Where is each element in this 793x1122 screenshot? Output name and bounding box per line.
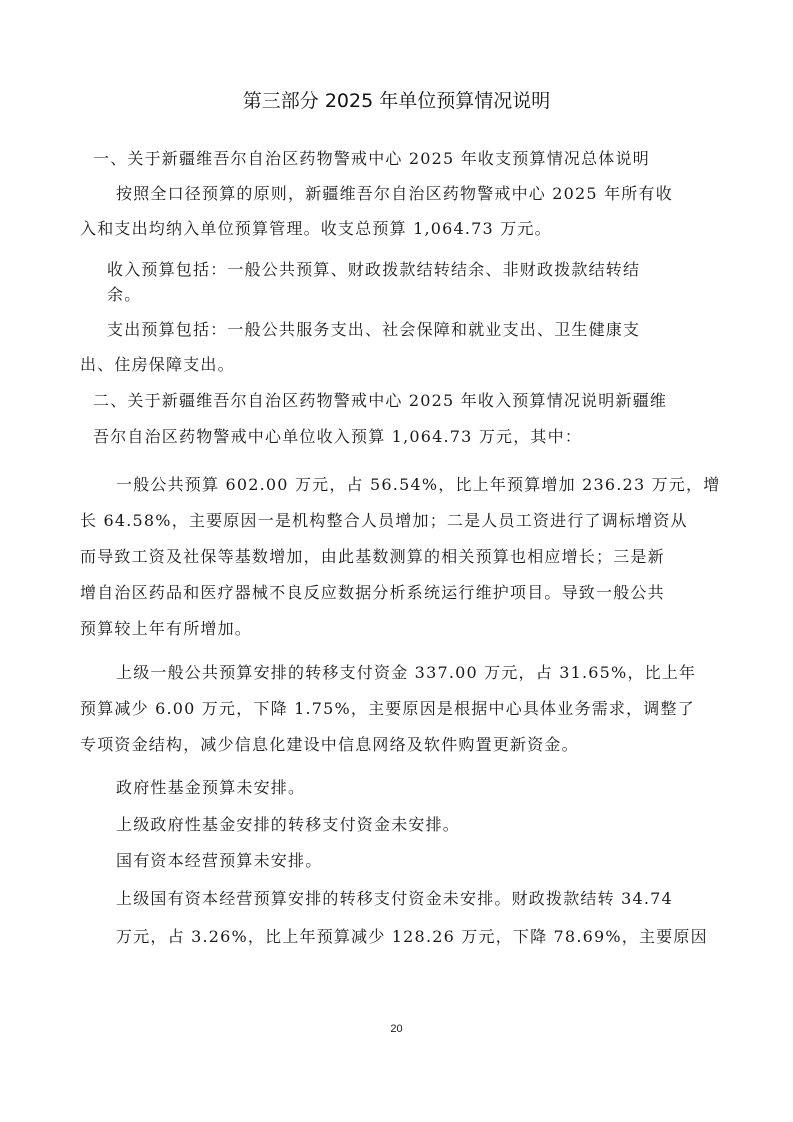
text-line: 余。 — [107, 285, 141, 305]
text-line: 而导致工资及社保等基数增加，由此基数测算的相关预算也相应增长；三是新 — [80, 547, 665, 567]
text-line: 上级政府性基金安排的转移支付资金未安排。 — [116, 815, 460, 835]
text-line: 一、关于新疆维吾尔自治区药物警戒中心 2025 年收支预算情况总体说明 — [93, 149, 650, 169]
text-line: 政府性基金预算未安排。 — [116, 778, 305, 798]
text-line: 吾尔自治区药物警戒中心单位收入预算 1,064.73 万元，其中： — [93, 427, 582, 447]
text-line: 收入预算包括：一般公共预算、财政拨款结转结余、非财政拨款结转结 — [107, 260, 640, 280]
text-line: 上级国有资本经营预算安排的转移支付资金未安排。财政拨款结转 34.74 — [116, 889, 673, 909]
text-line: 万元，占 3.26%，比上年预算减少 128.26 万元，下降 78.69%，主… — [116, 927, 708, 947]
text-line: 预算减少 6.00 万元，下降 1.75%，主要原因是根据中心具体业务需求，调整… — [80, 699, 695, 719]
text-line: 出、住房保障支出。 — [80, 355, 235, 375]
text-line: 入和支出均纳入单位预算管理。收支总预算 1,064.73 万元。 — [80, 219, 552, 239]
text-line: 二、关于新疆维吾尔自治区药物警戒中心 2025 年收入预算情况说明新疆维 — [93, 391, 667, 411]
text-line: 专项资金结构，减少信息化建设中信息网络及软件购置更新资金。 — [80, 735, 579, 755]
text-line: 预算较上年有所增加。 — [80, 619, 252, 639]
page-number: 20 — [0, 1023, 793, 1035]
text-line: 一般公共预算 602.00 万元，占 56.54%，比上年预算增加 236.23… — [116, 475, 720, 495]
text-line: 按照全口径预算的原则，新疆维吾尔自治区药物警戒中心 2025 年所有收 — [116, 184, 673, 204]
text-line: 增自治区药品和医疗器械不良反应数据分析系统运行维护项目。导致一般公共 — [80, 583, 665, 603]
text-line: 支出预算包括：一般公共服务支出、社会保障和就业支出、卫生健康支 — [107, 320, 640, 340]
section-title: 第三部分 2025 年单位预算情况说明 — [0, 86, 793, 113]
text-line: 国有资本经营预算未安排。 — [116, 851, 322, 871]
text-line: 长 64.58%，主要原因一是机构整合人员增加；二是人员工资进行了调标增资从 — [80, 511, 688, 531]
text-line: 上级一般公共预算安排的转移支付资金 337.00 万元，占 31.65%，比上年 — [116, 663, 696, 683]
